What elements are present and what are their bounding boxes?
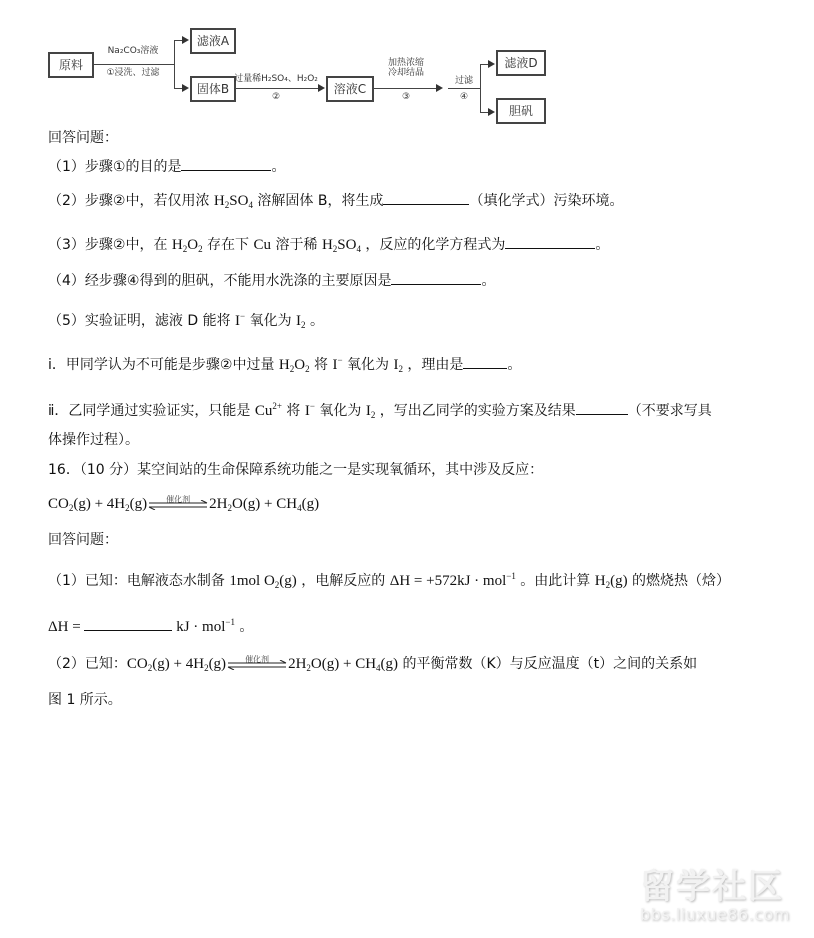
qi-text: ⅰ．甲同学认为不可能是步骤②中过量 xyxy=(48,357,279,373)
p1-mid: 。由此计算 xyxy=(516,573,595,589)
edge-label-step4-top: 过滤 xyxy=(448,76,480,86)
formula: H2O2 xyxy=(172,237,203,253)
answer-heading: 回答问题： xyxy=(48,128,118,148)
q1-answer-blank[interactable] xyxy=(181,156,271,171)
q5-text: （5）实验证明，滤液 D 能将 xyxy=(48,313,235,329)
q5-suffix: 。 xyxy=(306,313,324,329)
formula: H2(g) xyxy=(595,573,628,589)
arrow-icon xyxy=(182,36,189,44)
process-flowchart: 原料 Na₂CO₃溶液 ①浸洗、过滤 滤液A 固体B 过量稀H₂SO₄、H₂O₂… xyxy=(44,18,564,118)
edge-line xyxy=(174,40,175,88)
q2-text: （2）步骤②中，若仅用浓 xyxy=(48,193,214,209)
qi-suffix: 。 xyxy=(507,357,521,373)
arrow-icon xyxy=(436,84,443,92)
question-5i: ⅰ．甲同学认为不可能是步骤②中过量 H2O2 将 I− 氧化为 I2 ，理由是。 xyxy=(48,350,521,379)
part-2-continued: 图 1 所示。 xyxy=(48,690,122,710)
q3-suffix: 。 xyxy=(595,237,609,253)
q2-suffix: （填化学式）污染环境。 xyxy=(469,193,623,209)
question-2: （2）步骤②中，若仅用浓 H2SO4 溶解固体 B，将生成（填化学式）污染环境。 xyxy=(48,190,623,215)
products: 2H2O(g) + CH4(g) xyxy=(288,656,398,672)
part-2: （2）已知：CO2(g) + 4H2(g)催化剂2H2O(g) + CH4(g)… xyxy=(48,654,697,678)
p1-mid: ，电解反应的 xyxy=(297,573,390,589)
q3-mid: ，反应的化学方程式为 xyxy=(361,237,505,253)
question-1: （1）步骤①的目的是。 xyxy=(48,156,285,177)
formula: H2SO4 xyxy=(322,237,361,253)
node-filtrate-d: 滤液D xyxy=(496,50,546,76)
formula: 1mol O2(g) xyxy=(229,573,296,589)
q3-mid: 溶于稀 xyxy=(271,237,322,253)
arrow-icon xyxy=(318,84,325,92)
question-5: （5）实验证明，滤液 D 能将 I− 氧化为 I2 。 xyxy=(48,306,324,335)
reaction-equation: CO2(g) + 4H2(g)催化剂2H2O(g) + CH4(g) xyxy=(48,494,319,518)
p1-answer-blank[interactable] xyxy=(84,616,172,631)
formula: I− xyxy=(235,313,245,329)
qii-text: ⅱ．乙同学通过实验证实，只能是 xyxy=(48,403,255,419)
q3-text: （3）步骤②中，在 xyxy=(48,237,172,253)
edge-line xyxy=(92,64,174,65)
edge-label-step1-top: Na₂CO₃溶液 xyxy=(96,46,170,56)
qii-mid: 氧化为 xyxy=(315,403,366,419)
arrow-icon xyxy=(488,60,495,68)
qi-answer-blank[interactable] xyxy=(463,354,507,369)
q2-answer-blank[interactable] xyxy=(383,190,469,205)
edge-label-step2-bottom: ② xyxy=(230,92,322,102)
enthalpy-value: ΔH = +572kJ · mol−1 xyxy=(390,573,516,589)
q4-answer-blank[interactable] xyxy=(391,270,481,285)
watermark-url: bbs.liuxue86.com xyxy=(640,906,800,924)
node-raw-material: 原料 xyxy=(48,52,94,78)
qii-suffix: （不要求写具 xyxy=(628,403,712,419)
site-watermark: 留学社区 bbs.liuxue86.com xyxy=(640,868,800,928)
question-4: （4）经步骤④得到的胆矾，不能用水洗涤的主要原因是。 xyxy=(48,270,495,291)
question-5ii: ⅱ．乙同学通过实验证实，只能是 Cu2+ 将 I− 氧化为 I2 ，写出乙同学的… xyxy=(48,396,712,425)
p1b-suffix: 。 xyxy=(235,619,253,635)
formula: Cu xyxy=(254,237,272,253)
answer-heading-2: 回答问题： xyxy=(48,530,118,550)
part-1: （1）已知：电解液态水制备 1mol O2(g) ，电解反应的 ΔH = +57… xyxy=(48,566,730,595)
reactants: CO2(g) + 4H2(g) xyxy=(127,656,226,672)
part-1-answer: ΔH = kJ · mol−1 。 xyxy=(48,612,253,637)
watermark-logo: 留学社区 xyxy=(640,868,800,906)
edge-label-step3-bottom: ③ xyxy=(374,92,438,102)
edge-line xyxy=(448,88,480,89)
edge-line xyxy=(374,88,440,89)
p1-text: （1）已知：电解液态水制备 xyxy=(48,573,229,589)
formula: H2SO4 xyxy=(214,193,253,209)
reactants: CO2(g) + 4H2(g) xyxy=(48,496,147,512)
formula: I− xyxy=(332,357,342,373)
q3-mid: 存在下 xyxy=(203,237,254,253)
qii-mid: 将 xyxy=(282,403,305,419)
q3-answer-blank[interactable] xyxy=(505,234,595,249)
q2-mid: 溶解固体 B，将生成 xyxy=(253,193,384,209)
formula: I2 xyxy=(393,357,403,373)
problem-16-title: 16．（10 分）某空间站的生命保障系统功能之一是实现氧循环，其中涉及反应： xyxy=(48,460,543,480)
edge-label-step3-top1: 加热浓缩 xyxy=(374,58,438,68)
question-5ii-continued: 体操作过程）。 xyxy=(48,430,139,450)
qii-mid: ，写出乙同学的实验方案及结果 xyxy=(375,403,575,419)
equilibrium-arrow-icon: 催化剂 xyxy=(147,496,209,512)
formula: H2O2 xyxy=(279,357,310,373)
qii-answer-blank[interactable] xyxy=(576,400,628,415)
edge-line xyxy=(236,88,320,89)
node-solution-c: 溶液C xyxy=(326,76,374,102)
node-filtrate-a: 滤液A xyxy=(190,28,236,54)
q4-text: （4）经步骤④得到的胆矾，不能用水洗涤的主要原因是 xyxy=(48,273,391,289)
question-3: （3）步骤②中，在 H2O2 存在下 Cu 溶于稀 H2SO4 ，反应的化学方程… xyxy=(48,234,609,259)
q1-suffix: 。 xyxy=(271,159,285,175)
edge-label-step4-bottom: ④ xyxy=(448,92,480,102)
formula: I2 xyxy=(296,313,306,329)
node-blue-vitriol: 胆矾 xyxy=(496,98,546,124)
formula: I− xyxy=(305,403,315,419)
unit: kJ · mol−1 xyxy=(172,619,235,635)
p2-text: （2）已知： xyxy=(48,656,127,672)
delta-h-label: ΔH = xyxy=(48,619,84,635)
edge-line xyxy=(480,64,481,112)
formula: Cu2+ xyxy=(255,403,282,419)
products: 2H2O(g) + CH4(g) xyxy=(209,496,319,512)
p2-suffix: 的平衡常数（K）与反应温度（t）之间的关系如 xyxy=(398,656,697,672)
q1-text: （1）步骤①的目的是 xyxy=(48,159,181,175)
edge-label-step3-top2: 冷却结晶 xyxy=(374,68,438,78)
q5-mid: 氧化为 xyxy=(245,313,296,329)
formula: I2 xyxy=(366,403,376,419)
equilibrium-arrow-icon: 催化剂 xyxy=(226,656,288,672)
edge-label-step1-bottom: ①浸洗、过滤 xyxy=(96,68,170,78)
q4-suffix: 。 xyxy=(481,273,495,289)
arrow-icon xyxy=(488,108,495,116)
arrow-icon xyxy=(182,84,189,92)
qi-mid: ，理由是 xyxy=(403,357,463,373)
p1-suffix: 的燃烧热（焓） xyxy=(628,573,730,589)
qi-mid: 将 xyxy=(310,357,333,373)
qi-mid: 氧化为 xyxy=(343,357,394,373)
edge-label-step2-top: 过量稀H₂SO₄、H₂O₂ xyxy=(230,74,322,84)
